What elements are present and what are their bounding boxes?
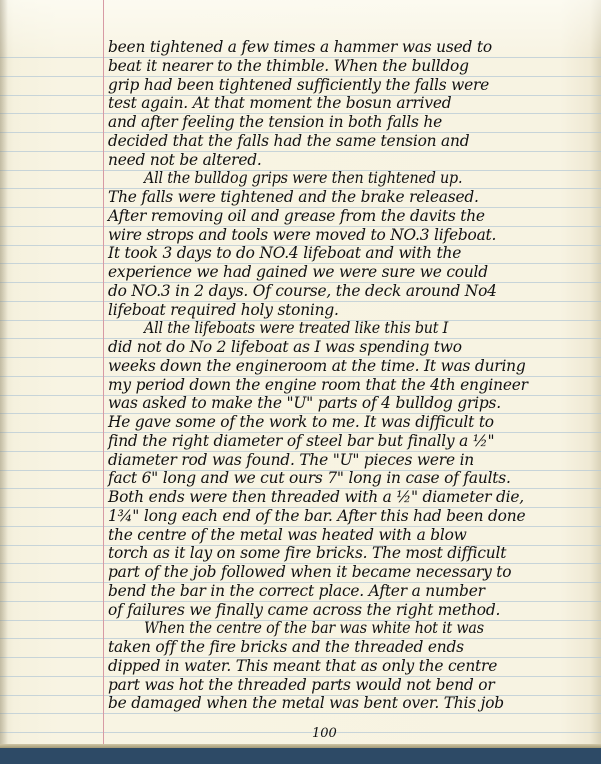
text-line: All the lifeboats were treated like this… — [144, 319, 598, 337]
text-line: diameter rod was found. The "U" pieces w… — [108, 451, 598, 469]
text-line: do NO.3 in 2 days. Of course, the deck a… — [108, 282, 598, 300]
ruled-line — [0, 732, 601, 733]
text-line: did not do No 2 lifeboat as I was spendi… — [108, 338, 598, 356]
text-line: weeks down the engineroom at the time. I… — [108, 357, 598, 375]
text-line: taken off the fire bricks and the thread… — [108, 638, 598, 656]
text-line: grip had been tightened sufficiently the… — [108, 76, 598, 94]
text-line: Both ends were then threaded with a ½" d… — [108, 488, 598, 506]
text-line: was asked to make the "U" parts of 4 bul… — [108, 394, 598, 412]
text-line: torch as it lay on some fire bricks. The… — [108, 544, 598, 562]
text-line: of failures we finally came across the r… — [108, 601, 598, 619]
text-line: my period down the engine room that the … — [108, 376, 598, 394]
text-line: and after feeling the tension in both fa… — [108, 113, 598, 131]
text-line: After removing oil and grease from the d… — [108, 207, 598, 225]
text-line: When the centre of the bar was white hot… — [144, 619, 598, 637]
margin-line — [103, 0, 104, 748]
text-line: find the right diameter of steel bar but… — [108, 432, 598, 450]
text-line: been tightened a few times a hammer was … — [108, 38, 598, 56]
text-line: wire strops and tools were moved to NO.3… — [108, 226, 598, 244]
text-line: experience we had gained we were sure we… — [108, 263, 598, 281]
text-line: The falls were tightened and the brake r… — [108, 188, 598, 206]
text-line: need not be altered. — [108, 151, 598, 169]
text-line: All the bulldog grips were then tightene… — [144, 169, 598, 187]
text-line: be damaged when the metal was bent over.… — [108, 694, 598, 712]
page-bottom-edge — [0, 744, 601, 748]
text-line: lifeboat required holy stoning. — [108, 301, 598, 319]
text-line: beat it nearer to the thimble. When the … — [108, 57, 598, 75]
spine-shadow — [0, 0, 8, 748]
text-line: 1¾" long each end of the bar. After this… — [108, 507, 598, 525]
text-line: It took 3 days to do NO.4 lifeboat and w… — [108, 244, 598, 262]
text-line: test again. At that moment the bosun arr… — [108, 94, 598, 112]
text-line: He gave some of the work to me. It was d… — [108, 413, 598, 431]
ruled-line — [0, 713, 601, 714]
notebook-page: been tightened a few times a hammer was … — [0, 0, 601, 748]
text-line: the centre of the metal was heated with … — [108, 526, 598, 544]
page-number: 100 — [312, 726, 337, 741]
text-line: fact 6" long and we cut ours 7" long in … — [108, 469, 598, 487]
text-line: bend the bar in the correct place. After… — [108, 582, 598, 600]
text-line: decided that the falls had the same tens… — [108, 132, 598, 150]
text-line: part of the job followed when it became … — [108, 563, 598, 581]
text-line: part was hot the threaded parts would no… — [108, 676, 598, 694]
text-line: dipped in water. This meant that as only… — [108, 657, 598, 675]
